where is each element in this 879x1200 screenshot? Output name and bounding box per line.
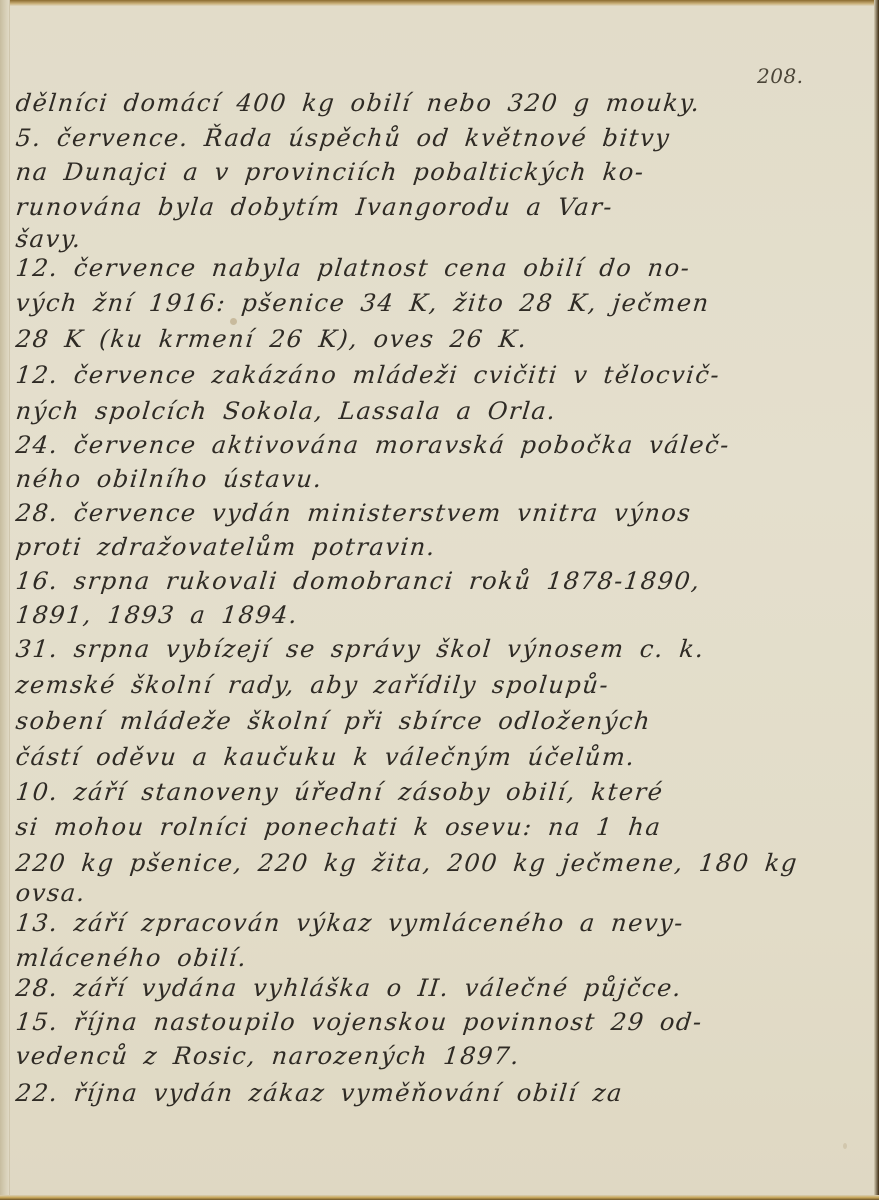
text-line: proti zdražovatelům potravin.	[14, 530, 438, 564]
text-line: 10. září stanoveny úřední zásoby obilí, …	[14, 775, 665, 809]
binding-strip	[0, 0, 10, 1200]
page-bottom-edge	[0, 1195, 879, 1200]
page-number: 208.	[757, 64, 804, 88]
text-line: ného obilního ústavu.	[14, 462, 325, 496]
text-line: 22. října vydán zákaz vyměňování obilí z…	[14, 1076, 625, 1110]
text-line: 28 K (ku krmení 26 K), oves 26 K.	[14, 322, 529, 356]
text-line: si mohou rolníci ponechati k osevu: na 1…	[14, 810, 663, 844]
text-line: částí oděvu a kaučuku k válečným účelům.	[14, 740, 637, 774]
text-line: 5. července. Řada úspěchů od květnové bi…	[14, 121, 672, 155]
text-line: zemské školní rady, aby zařídily spolupů…	[14, 668, 611, 702]
text-line: 28. září vydána vyhláška o II. válečné p…	[14, 971, 684, 1005]
text-line: mláceného obilí.	[14, 941, 249, 975]
text-line: dělníci domácí 400 kg obilí nebo 320 g m…	[14, 86, 703, 120]
paper-stain	[843, 1143, 847, 1149]
text-line: 15. října nastoupilo vojenskou povinnost…	[14, 1005, 705, 1039]
text-line: 16. srpna rukovali domobranci roků 1878-…	[14, 564, 703, 598]
text-line: 220 kg pšenice, 220 kg žita, 200 kg ječm…	[14, 846, 800, 880]
manuscript-page: 208. dělníci domácí 400 kg obilí nebo 32…	[0, 0, 879, 1200]
text-line: 12. července zakázáno mládeži cvičiti v …	[14, 358, 722, 392]
text-line: 24. července aktivována moravská pobočka…	[14, 428, 732, 462]
text-line: na Dunajci a v provinciích pobaltických …	[14, 155, 646, 189]
text-line: 28. července vydán ministerstvem vnitra …	[14, 496, 693, 530]
text-line: sobení mládeže školní při sbírce odložen…	[14, 704, 653, 738]
text-line: 1891, 1893 a 1894.	[14, 598, 300, 632]
text-line: vedenců z Rosic, narozených 1897.	[14, 1039, 522, 1073]
text-line: runována byla dobytím Ivangorodu a Var-	[14, 190, 615, 224]
text-line: ných spolcích Sokola, Lassala a Orla.	[14, 394, 558, 428]
text-line: 31. srpna vybízejí se správy škol výnose…	[14, 632, 707, 666]
text-line: 13. září zpracován výkaz vymláceného a n…	[14, 906, 686, 940]
page-top-edge	[0, 0, 879, 6]
page-right-edge	[874, 0, 879, 1200]
text-line: vých žní 1916: pšenice 34 K, žito 28 K, …	[14, 286, 712, 320]
text-line: ovsa.	[14, 876, 88, 910]
text-line: 12. července nabyla platnost cena obilí …	[14, 251, 692, 285]
